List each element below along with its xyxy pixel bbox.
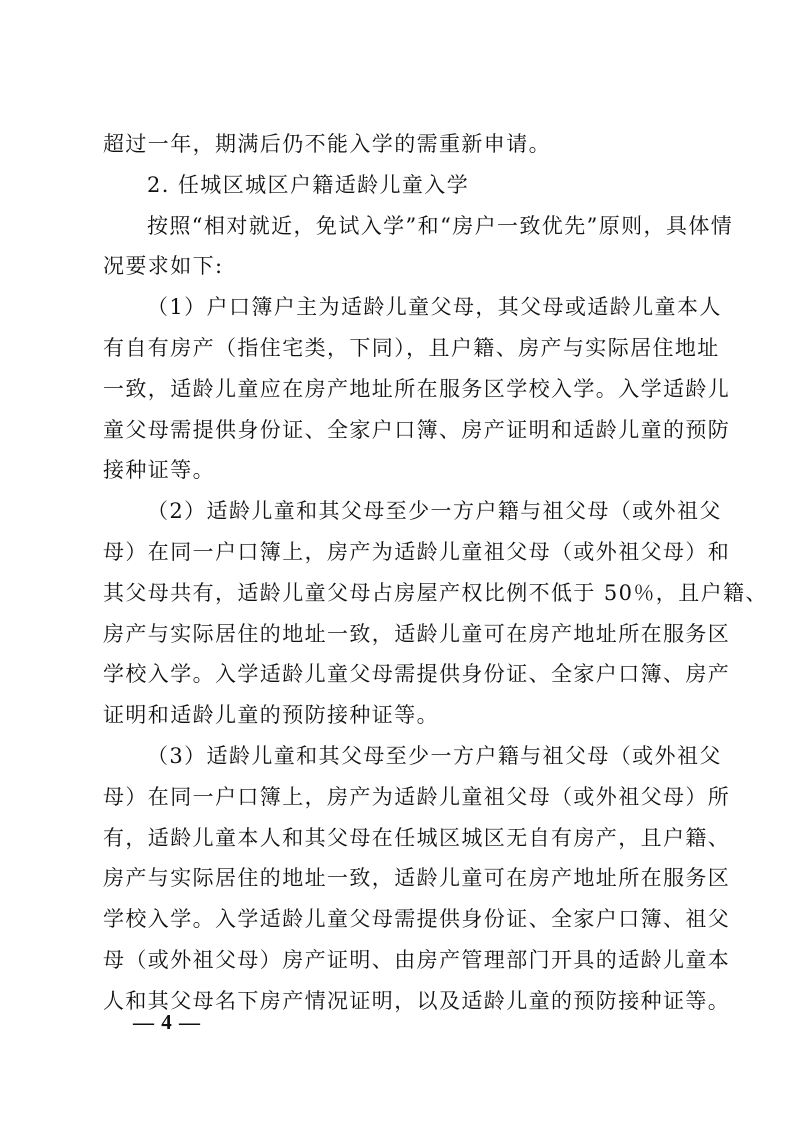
paragraph-line: 一致，适龄儿童应在房产地址所在服务区学校入学。入学适龄儿 <box>103 371 693 412</box>
paragraph-line: 母（或外祖父母）房产证明、由房产管理部门开具的适龄儿童本 <box>103 942 693 983</box>
paragraph-line: 母）在同一户口簿上，房产为适龄儿童祖父母（或外祖父母）所 <box>103 779 693 820</box>
paragraph-line: 学校入学。入学适龄儿童父母需提供身份证、全家户口簿、房产 <box>103 656 693 697</box>
paragraph-line: 证明和适龄儿童的预防接种证等。 <box>103 697 693 738</box>
section-heading: 2. 任城区城区户籍适龄儿童入学 <box>103 167 693 208</box>
paragraph-line: （3）适龄儿童和其父母至少一方户籍与祖父母（或外祖父 <box>103 738 693 779</box>
paragraph-line: 房产与实际居住的地址一致，适龄儿童可在房产地址所在服务区 <box>103 860 693 901</box>
paragraph-line: 母）在同一户口簿上，房产为适龄儿童祖父母（或外祖父母）和 <box>103 534 693 575</box>
paragraph-line: 房产与实际居住的地址一致，适龄儿童可在房产地址所在服务区 <box>103 616 693 657</box>
paragraph-line: 有自有房产（指住宅类，下同），且户籍、房产与实际居住地址 <box>103 330 693 371</box>
paragraph-line: 接种证等。 <box>103 452 693 493</box>
paragraph-line: 有，适龄儿童本人和其父母在任城区城区无自有房产，且户籍、 <box>103 820 693 861</box>
paragraph-line: 超过一年，期满后仍不能入学的需重新申请。 <box>103 126 693 167</box>
page-number: — 4 — <box>133 1010 201 1035</box>
paragraph-line: （1）户口簿户主为适龄儿童父母，其父母或适龄儿童本人 <box>103 289 693 330</box>
document-body: 超过一年，期满后仍不能入学的需重新申请。 2. 任城区城区户籍适龄儿童入学 按照… <box>103 126 693 1024</box>
paragraph-line: 童父母需提供身份证、全家户口簿、房产证明和适龄儿童的预防 <box>103 412 693 453</box>
paragraph-line: 况要求如下: <box>103 248 693 289</box>
paragraph-line: 其父母共有，适龄儿童父母占房屋产权比例不低于 50％，且户籍、 <box>103 575 693 616</box>
paragraph-line: （2）适龄儿童和其父母至少一方户籍与祖父母（或外祖父 <box>103 493 693 534</box>
paragraph-line: 学校入学。入学适龄儿童父母需提供身份证、全家户口簿、祖父 <box>103 901 693 942</box>
paragraph-line: 按照“相对就近，免试入学”和“房户一致优先”原则，具体情 <box>103 208 693 249</box>
